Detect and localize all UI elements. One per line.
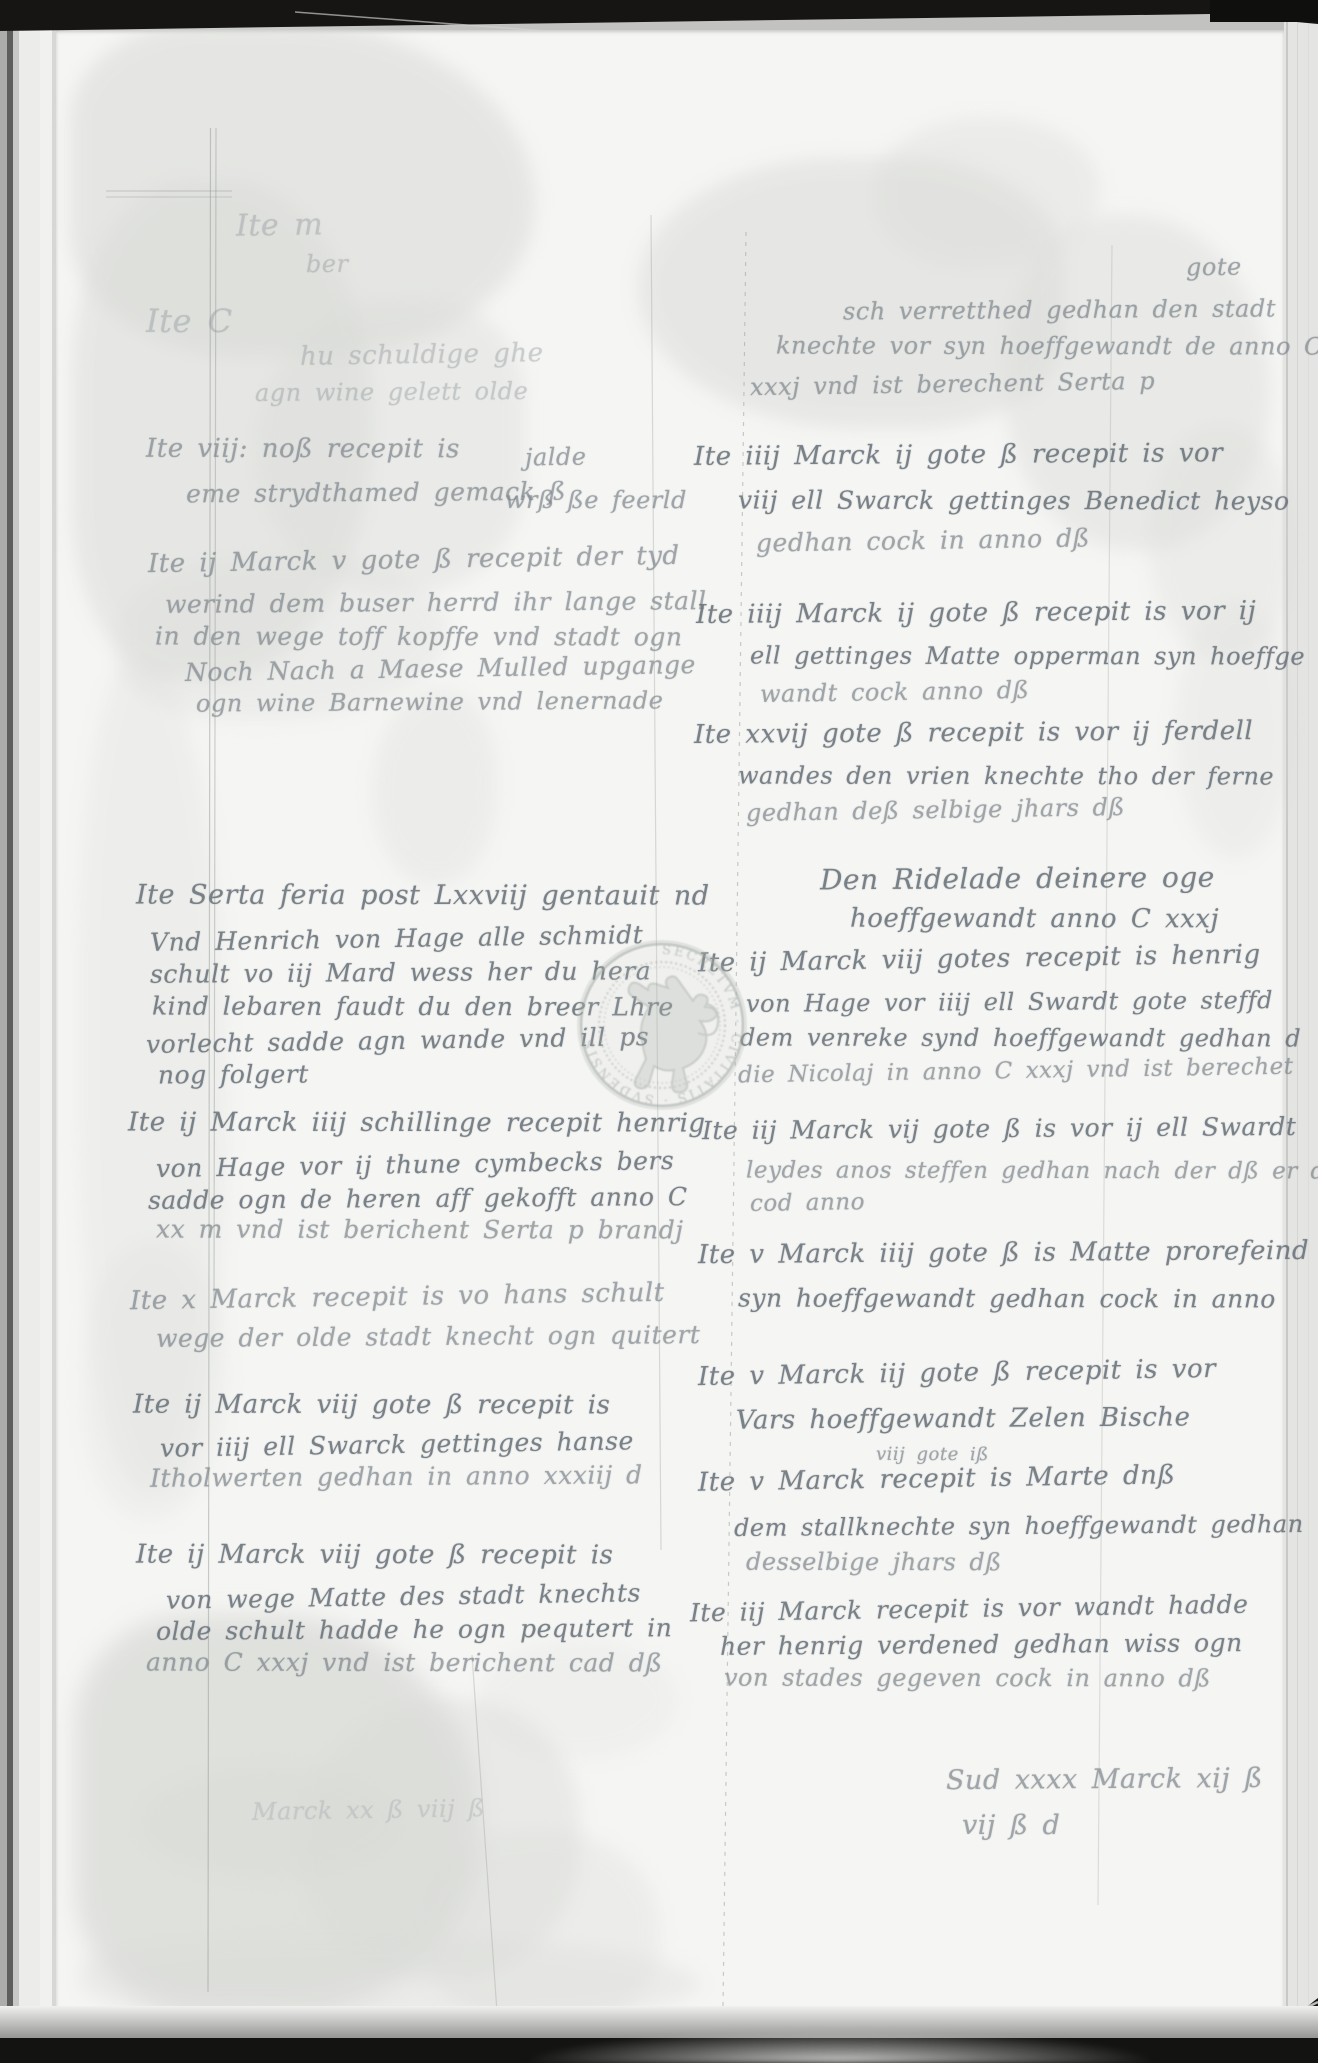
manuscript-line-left: sadde ogn de heren aff gekofft anno C xyxy=(148,1182,688,1215)
manuscript-line-left: von wege Matte des stadt knechts xyxy=(166,1578,641,1614)
manuscript-scan: Ite mberIte Chu schuldige gheagn wine ge… xyxy=(0,0,1318,2063)
manuscript-line-right: Ite iij Marck vij gote ß is vor ij ell S… xyxy=(702,1112,1297,1145)
manuscript-line-right: viij gote iß xyxy=(876,1444,989,1465)
manuscript-line-right: Vars hoeffgewandt Zelen Bische xyxy=(736,1402,1191,1435)
manuscript-line-right: knechte vor syn hoeffgewandt de anno C xyxy=(776,332,1318,361)
manuscript-line-right: Den Ridelade deinere oge xyxy=(820,861,1215,897)
manuscript-line-right: leydes anos steffen gedhan nach der dß e… xyxy=(746,1157,1318,1184)
manuscript-line-right: gedhan cock in anno dß xyxy=(756,523,1090,557)
manuscript-line-left: Ite ij Marck v gote ß recepit der tyd xyxy=(148,541,680,579)
manuscript-line-right: gedhan deß selbige jhars dß xyxy=(746,793,1125,827)
manuscript-line-left: Ite m xyxy=(236,207,324,243)
manuscript-line-right: wandt cock anno dß xyxy=(760,676,1030,708)
manuscript-line-left: ber xyxy=(306,250,349,278)
manuscript-line-left: Ite ij Marck viij gote ß recepit is xyxy=(136,1540,613,1571)
manuscript-line-right: Ite v Marck iij gote ß recepit is vor xyxy=(698,1354,1216,1392)
manuscript-line-left: werind dem buser herrd ihr lange stall xyxy=(165,586,707,619)
manuscript-line-left: ogn wine Barnewine vnd lenernade xyxy=(196,686,664,717)
manuscript-line-left: Ite viij: noß recepit is xyxy=(146,434,460,465)
manuscript-line-left: xx m vnd ist berichent Serta p brandj xyxy=(156,1215,684,1245)
manuscript-line-right: Ite ij Marck viij gotes recepit is henri… xyxy=(698,940,1261,979)
manuscript-line-left: nog folgert xyxy=(158,1059,309,1089)
manuscript-line-right: die Nicolaj in anno C xxxj vnd ist berec… xyxy=(738,1054,1294,1089)
manuscript-line-right: syn hoeffgewandt gedhan cock in anno xyxy=(738,1284,1276,1314)
sum-note-line: Sud xxxx Marck xij ß xyxy=(946,1763,1263,1796)
manuscript-line-left: Ite ij Marck viij gote ß recepit is xyxy=(133,1390,610,1421)
manuscript-line-right: von stades gegeven cock in anno dß xyxy=(724,1664,1211,1693)
manuscript-line-right: desselbige jhars dß xyxy=(746,1548,1002,1576)
manuscript-line-left: Itholwerten gedhan in anno xxxiij d xyxy=(150,1460,643,1492)
manuscript-line-right: Ite v Marck iiij gote ß is Matte prorefe… xyxy=(698,1236,1309,1270)
manuscript-line-left: jalde xyxy=(525,443,587,472)
manuscript-line-right: Ite iiij Marck ij gote ß recepit is vor … xyxy=(696,596,1256,630)
manuscript-line-right: von Hage vor iiij ell Swardt gote steffd xyxy=(746,986,1273,1018)
manuscript-line-left: Noch Nach a Maese Mulled upgange xyxy=(185,650,696,687)
manuscript-line-right: wandes den vrien knechte tho der ferne xyxy=(738,762,1274,791)
manuscript-line-right: sch verretthed gedhan den stadt xyxy=(843,294,1276,325)
manuscript-line-right: cod anno xyxy=(750,1189,865,1217)
manuscript-line-left: Ite x Marck recepit is vo hans schult xyxy=(130,1278,665,1316)
manuscript-line-right: ell gettinges Matte opperman syn hoeffge xyxy=(750,642,1305,671)
marginal-note-line: Marck xx ß viij ß xyxy=(252,1794,485,1826)
manuscript-line-left: olde schult hadde he ogn pequtert in xyxy=(156,1613,673,1646)
manuscript-line-left: Ite C xyxy=(146,302,233,340)
manuscript-line-right: hoeffgewandt anno C xxxj xyxy=(850,904,1219,935)
manuscript-line-right: xxxj vnd ist berechent Serta p xyxy=(750,367,1155,401)
manuscript-line-left: hu schuldige ghe xyxy=(300,338,544,372)
manuscript-line-right: gote xyxy=(1186,253,1242,282)
manuscript-line-right: Ite iij Marck recepit is vor wandt hadde xyxy=(690,1590,1249,1628)
scanner-light-glow xyxy=(520,2030,1160,2063)
manuscript-line-right: viij ell Swarck gettinges Benedict heyso xyxy=(738,486,1290,516)
manuscript-line-right: dem venreke synd hoeffgewandt gedhan d xyxy=(740,1024,1301,1053)
manuscript-line-left: in den wege toff kopffe vnd stadt ogn xyxy=(155,622,683,652)
manuscript-line-left: Ite Serta feria post Lxxviij gentauit nd xyxy=(136,879,710,911)
manuscript-line-left: von Hage vor ij thune cymbecks bers xyxy=(156,1146,675,1183)
manuscript-line-right: Ite xxvij gote ß recepit is vor ij ferde… xyxy=(694,716,1253,750)
manuscript-line-right: Ite iiij Marck ij gote ß recepit is vor xyxy=(694,438,1223,472)
manuscript-line-right: Ite v Marck recepit is Marte dnß xyxy=(698,1460,1176,1497)
manuscript-line-left: agn wine gelett olde xyxy=(255,377,529,407)
manuscript-line-right: dem stallknechte syn hoeffgewandt gedhan xyxy=(734,1510,1304,1542)
manuscript-line-left: anno C xxxj vnd ist berichent cad dß xyxy=(146,1648,663,1678)
manuscript-line-left: wrß ße feerld xyxy=(505,486,687,514)
manuscript-line-right: her henrig verdened gedhan wiss ogn xyxy=(720,1628,1243,1661)
city-seal-stamp: SECRETVM · CIVITATIS · SVDENSIS · xyxy=(552,915,772,1135)
manuscript-line-left: vor iiij ell Swarck gettinges hanse xyxy=(160,1426,634,1462)
sum-note-line: vij ß d xyxy=(962,1810,1060,1841)
manuscript-line-left: wege der olde stadt knecht ogn quitert xyxy=(156,1320,701,1353)
